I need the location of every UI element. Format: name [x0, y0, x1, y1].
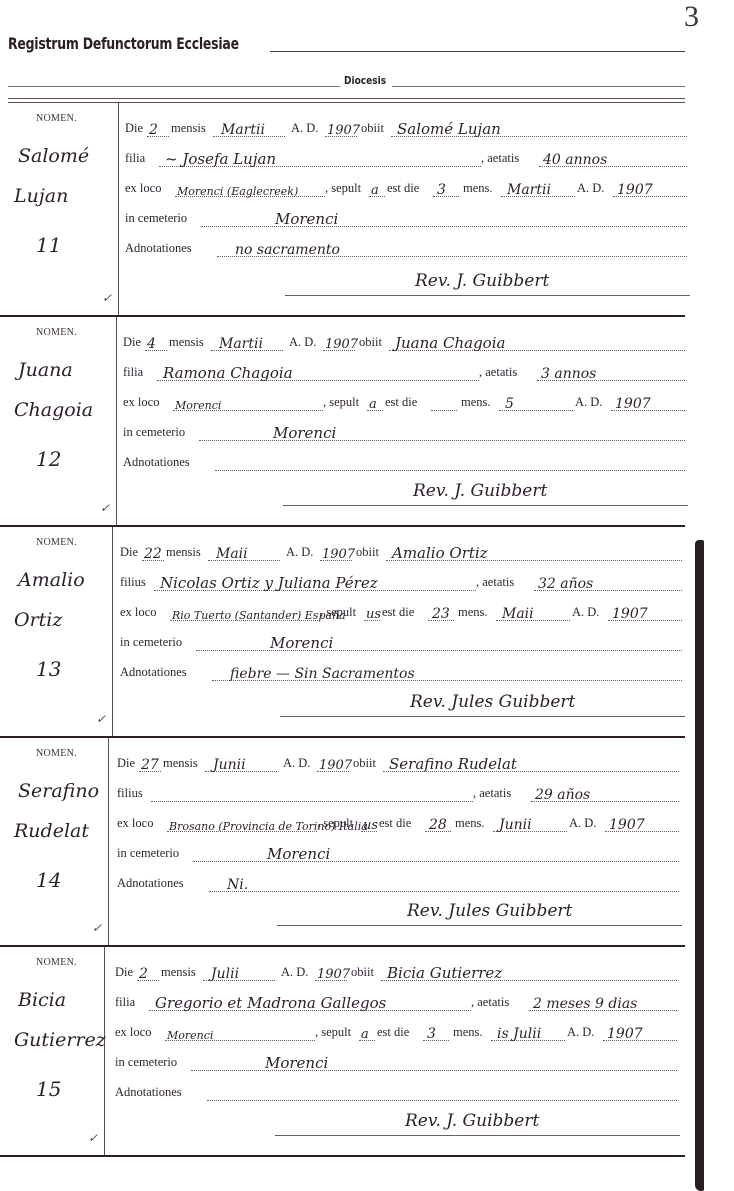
burial-year: 1907 [615, 396, 651, 412]
burial-year: 1907 [617, 182, 653, 198]
row-annotations: Adnotationes fiebre — Sin Sacramentos [120, 661, 685, 683]
burial-month: is Julii [497, 1026, 541, 1042]
column-divider [116, 317, 117, 525]
death-year: 1907 [319, 758, 352, 773]
row-filiation: filius Nicolas Ortiz y Juliana Pérez , a… [120, 571, 685, 593]
annotations: fiebre — Sin Sacramentos [230, 666, 415, 682]
row-cemetery: in cemeterio Morenci [115, 1051, 680, 1073]
nomen-first-name: Serafino [18, 774, 99, 808]
checkmark-icon: ✓ [88, 1131, 98, 1145]
row-place-burial: ex loco Brosano (Provincia de Torino) It… [117, 812, 682, 834]
register-entry-14: NOMEN. Serafino Rudelat 14 ✓ Die 27 mens… [0, 738, 685, 947]
death-day: 2 [139, 966, 148, 982]
parents: Ramona Chagoia [163, 364, 293, 382]
nomen-label: NOMEN. [36, 537, 77, 548]
age: 3 annos [541, 366, 596, 382]
row-annotations: Adnotationes Ni. [117, 872, 682, 894]
deceased-name: Juana Chagoia [395, 334, 505, 352]
filiation-prefix: filia [115, 995, 135, 1010]
death-month: Junii [213, 757, 246, 773]
burial-day: 3 [437, 182, 446, 198]
priest-signature: Rev. Jules Guibbert [410, 692, 575, 712]
burial-month: Maii [502, 606, 534, 622]
death-day: 27 [141, 757, 159, 773]
row-place-burial: ex loco Morenci , sepult a est die 3 men… [115, 1021, 680, 1043]
death-year: 1907 [327, 123, 360, 138]
signature-line [277, 925, 682, 926]
entry-number: 13 [36, 657, 61, 681]
entry-number: 15 [36, 1077, 61, 1101]
nomen-label: NOMEN. [36, 957, 77, 968]
row-annotations: Adnotationes [115, 1081, 680, 1103]
row-place-burial: ex loco Morenci , sepult a est die mens.… [123, 391, 688, 413]
cemetery: Morenci [265, 1054, 328, 1072]
column-divider [118, 103, 119, 315]
nomen-first-name: Salomé [18, 139, 89, 173]
register-entry-13: NOMEN. Amalio Ortiz 13 ✓ Die 22 mensis M… [0, 527, 685, 738]
signature-line [280, 716, 685, 717]
nomen-first-name: Bicia [18, 983, 66, 1017]
filiation-prefix: filia [123, 365, 143, 380]
filiation-prefix: filia [125, 151, 145, 166]
place-of-origin: Morenci (Eaglecreek) [177, 185, 298, 198]
age: 29 años [535, 787, 590, 803]
nomen-last-name: Lujan [14, 179, 68, 213]
nomen-last-name: Gutierrez [14, 1023, 106, 1057]
row-death-date: Die 2 mensis Martii A. D. 1907 obiit Sal… [125, 117, 690, 139]
death-month: Martii [219, 336, 263, 352]
nomen-label: NOMEN. [36, 327, 77, 338]
death-year: 1907 [317, 967, 350, 982]
burial-day: 3 [427, 1026, 436, 1042]
age: 2 meses 9 dias [533, 996, 637, 1012]
entry-divider [0, 1155, 685, 1157]
parents: ~ Josefa Lujan [165, 150, 276, 168]
register-entry-11: NOMEN. Salomé Lujan 11 ✓ Die 2 mensis Ma… [0, 103, 685, 317]
death-year: 1907 [322, 547, 355, 562]
row-death-date: Die 2 mensis Julii A. D. 1907 obiit Bici… [115, 961, 680, 983]
sepult-suffix: a [371, 183, 379, 198]
deceased-name: Amalio Ortiz [392, 544, 488, 562]
cemetery: Morenci [275, 210, 338, 228]
entry-number: 12 [36, 447, 61, 471]
priest-signature: Rev. J. Guibbert [415, 271, 549, 291]
row-filiation: filia Ramona Chagoia , aetatis 3 annos [123, 361, 688, 383]
row-cemetery: in cemeterio Morenci [123, 421, 688, 443]
row-death-date: Die 27 mensis Junii A. D. 1907 obiit Ser… [117, 752, 682, 774]
cemetery: Morenci [267, 845, 330, 863]
burial-month: 5 [505, 396, 514, 412]
death-month: Julii [211, 966, 239, 982]
cemetery: Morenci [273, 424, 336, 442]
nomen-first-name: Amalio [18, 563, 85, 597]
row-cemetery: in cemeterio Morenci [125, 207, 690, 229]
nomen-label: NOMEN. [36, 113, 77, 124]
priest-signature: Rev. Jules Guibbert [407, 901, 572, 921]
row-cemetery: in cemeterio Morenci [120, 631, 685, 653]
diocese-label: Diocesis [344, 74, 386, 87]
priest-signature: Rev. J. Guibbert [413, 481, 547, 501]
diocese-blank-right [392, 86, 685, 87]
nomen-last-name: Rudelat [14, 814, 89, 848]
burial-month: Junii [499, 817, 532, 833]
death-year: 1907 [325, 337, 358, 352]
sepult-suffix: a [369, 397, 377, 412]
death-day: 4 [147, 336, 156, 352]
row-filiation: filia Gregorio et Madrona Gallegos , aet… [115, 991, 680, 1013]
filiation-prefix: filius [117, 786, 143, 801]
burial-year: 1907 [607, 1026, 643, 1042]
nomen-first-name: Juana [18, 353, 73, 387]
column-divider [108, 738, 109, 945]
sepult-suffix: us [363, 818, 378, 833]
priest-signature: Rev. J. Guibbert [405, 1111, 539, 1131]
nomen-last-name: Ortiz [14, 603, 62, 637]
row-death-date: Die 4 mensis Martii A. D. 1907 obiit Jua… [123, 331, 688, 353]
checkmark-icon: ✓ [102, 291, 112, 305]
place-of-origin: Morenci [167, 1029, 213, 1042]
row-place-burial: ex loco Rio Tuerto (Santander) España , … [120, 601, 685, 623]
nomen-label: NOMEN. [36, 748, 77, 759]
death-day: 2 [149, 122, 158, 138]
register-entry-12: NOMEN. Juana Chagoia 12 ✓ Die 4 mensis M… [0, 317, 685, 527]
row-filiation: filia ~ Josefa Lujan , aetatis 40 annos [125, 147, 690, 169]
deceased-name: Serafino Rudelat [389, 755, 517, 773]
row-annotations: Adnotationes [123, 451, 688, 473]
age: 32 años [538, 576, 593, 592]
deceased-name: Salomé Lujan [397, 120, 501, 138]
row-death-date: Die 22 mensis Maii A. D. 1907 obiit Amal… [120, 541, 685, 563]
place-of-origin: Morenci [175, 399, 221, 412]
parents: Gregorio et Madrona Gallegos [155, 994, 386, 1012]
page-torn-edge [695, 540, 704, 1191]
burial-year: 1907 [609, 817, 645, 833]
signature-line [285, 295, 690, 296]
church-name-blank [270, 51, 685, 52]
annotations: Ni. [227, 877, 248, 893]
burial-month: Martii [507, 182, 551, 198]
diocese-blank [8, 86, 340, 87]
row-place-burial: ex loco Morenci (Eaglecreek) , sepult a … [125, 177, 690, 199]
burial-day: 28 [429, 817, 447, 833]
signature-line [283, 505, 688, 506]
filiation-prefix: filius [120, 575, 146, 590]
checkmark-icon: ✓ [96, 712, 106, 726]
sepult-suffix: a [361, 1027, 369, 1042]
annotations: no sacramento [235, 242, 340, 258]
entry-number: 14 [36, 868, 61, 892]
death-day: 22 [144, 546, 162, 562]
death-month: Maii [216, 546, 248, 562]
register-title: Registrum Defunctorum Ecclesiae [8, 34, 239, 53]
entry-number: 11 [36, 233, 61, 257]
cemetery: Morenci [270, 634, 333, 652]
signature-line [275, 1135, 680, 1136]
row-annotations: Adnotationes no sacramento [125, 237, 690, 259]
death-month: Martii [221, 122, 265, 138]
burial-year: 1907 [612, 606, 648, 622]
sepult-suffix: us [366, 607, 381, 622]
age: 40 annos [543, 152, 607, 168]
burial-day: 23 [432, 606, 450, 622]
parents: Nicolas Ortiz y Juliana Pérez [160, 574, 378, 592]
column-divider [112, 527, 113, 736]
checkmark-icon: ✓ [92, 921, 102, 935]
deceased-name: Bicia Gutierrez [387, 964, 502, 982]
row-filiation: filius , aetatis 29 años [117, 782, 682, 804]
register-entry-15: NOMEN. Bicia Gutierrez 15 ✓ Die 2 mensis… [0, 947, 685, 1157]
checkmark-icon: ✓ [100, 501, 110, 515]
row-cemetery: in cemeterio Morenci [117, 842, 682, 864]
nomen-last-name: Chagoia [14, 393, 93, 427]
page-number: 3 [684, 0, 699, 34]
